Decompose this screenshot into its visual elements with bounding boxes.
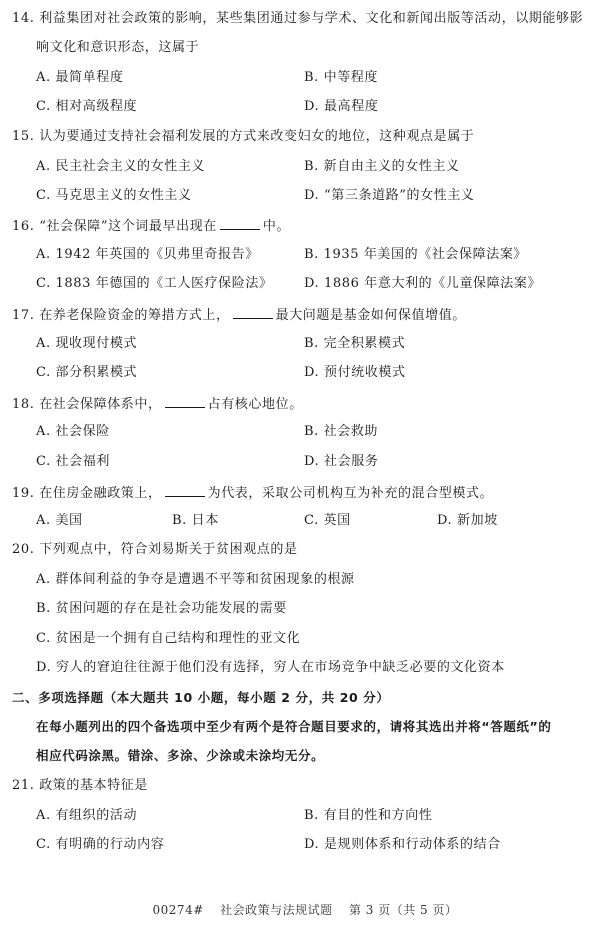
q20-option-b: B. 贫困问题的存在是社会功能发展的需要	[36, 601, 287, 617]
q19-option-b: B. 日本	[172, 513, 219, 529]
q16-stem: 16. “社会保障”这个词最早出现在中。	[12, 217, 290, 235]
q14-option-b: B. 中等程度	[304, 70, 378, 86]
section-instruction: 在每小题列出的四个备选项中至少有两个是符合题目要求的，请将其选出并将“答题纸”的	[36, 719, 551, 735]
page-number: 第 3 页（共 5 页）	[349, 903, 458, 917]
exam-code: 00274#	[153, 903, 204, 917]
q17-stem-after: 最大问题是基金如何保值增值。	[276, 308, 466, 323]
q19-stem: 19. 在住房金融政策上，为代表，采取公司机构互为补充的混合型模式。	[12, 484, 493, 502]
section-instruction-cont: 相应代码涂黑。错涂、多涂、少涂或未涂均无分。	[36, 748, 324, 764]
q17-stem-before: 17. 在养老保险资金的筹措方式上，	[12, 308, 230, 323]
q15-option-b: B. 新自由主义的女性主义	[304, 159, 460, 175]
q15-stem: 15. 认为要通过支持社会福利发展的方式来改变妇女的地位，这种观点是属于	[12, 129, 474, 145]
q21-option-d: D. 是规则体系和行动体系的结合	[304, 837, 501, 853]
section-heading: 二、多项选择题（本大题共 10 小题，每小题 2 分，共 20 分）	[12, 690, 390, 706]
q15-option-c: C. 马克思主义的女性主义	[36, 188, 192, 204]
fill-blank	[165, 484, 205, 497]
q18-stem-after: 占有核心地位。	[208, 397, 303, 412]
q19-option-d: D. 新加坡	[437, 513, 498, 529]
q18-stem: 18. 在社会保障体系中，占有核心地位。	[12, 395, 303, 413]
fill-blank	[233, 306, 273, 319]
q17-option-b: B. 完全积累模式	[304, 336, 405, 352]
q16-option-d: D. 1886 年意大利的《儿童保障法案》	[304, 276, 541, 292]
exam-title: 社会政策与法规试题	[220, 903, 333, 917]
q16-stem-after: 中。	[263, 219, 290, 234]
page-footer: 00274# 社会政策与法规试题 第 3 页（共 5 页）	[0, 901, 610, 918]
q20-option-a: A. 群体间利益的争夺是遭遇不平等和贫困现象的根源	[36, 572, 355, 588]
q17-option-c: C. 部分积累模式	[36, 365, 137, 381]
q20-stem: 20. 下列观点中，符合刘易斯关于贫困观点的是	[12, 542, 298, 558]
q21-option-c: C. 有明确的行动内容	[36, 837, 164, 853]
q14-stem: 14. 利益集团对社会政策的影响，某些集团通过参与学术、文化和新闻出版等活动，以…	[12, 11, 583, 27]
q21-option-b: B. 有目的性和方向性	[304, 808, 432, 824]
q15-option-d: D. “第三条道路”的女性主义	[304, 188, 475, 204]
fill-blank	[220, 217, 260, 230]
q18-stem-before: 18. 在社会保障体系中，	[12, 397, 162, 412]
q16-option-a: A. 1942 年英国的《贝弗里奇报告》	[36, 247, 259, 263]
q20-option-c: C. 贫困是一个拥有自己结构和理性的亚文化	[36, 631, 300, 647]
q15-option-a: A. 民主社会主义的女性主义	[36, 159, 205, 175]
q19-option-c: C. 英国	[304, 513, 351, 529]
q16-option-c: C. 1883 年德国的《工人医疗保险法》	[36, 276, 273, 292]
q14-option-a: A. 最简单程度	[36, 70, 123, 86]
q21-option-a: A. 有组织的活动	[36, 808, 137, 824]
q19-option-a: A. 美国	[36, 513, 83, 529]
q17-option-a: A. 现收现付模式	[36, 336, 137, 352]
q18-option-c: C. 社会福利	[36, 454, 110, 470]
q14-option-d: D. 最高程度	[304, 99, 378, 115]
q18-option-d: D. 社会服务	[304, 454, 378, 470]
fill-blank	[165, 395, 205, 408]
q18-option-b: B. 社会救助	[304, 424, 378, 440]
q14-option-c: C. 相对高级程度	[36, 99, 137, 115]
q18-option-a: A. 社会保险	[36, 424, 110, 440]
q16-stem-before: 16. “社会保障”这个词最早出现在	[12, 219, 217, 234]
q19-stem-after: 为代表，采取公司机构互为补充的混合型模式。	[208, 486, 494, 501]
q14-stem-cont: 响文化和意识形态，这属于	[36, 40, 199, 56]
q17-option-d: D. 预付统收模式	[304, 365, 406, 381]
q20-option-d: D. 穷人的窘迫往往源于他们没有选择，穷人在市场竞争中缺乏必要的文化资本	[36, 660, 505, 676]
q21-stem: 21. 政策的基本特征是	[12, 778, 148, 794]
q19-stem-before: 19. 在住房金融政策上，	[12, 486, 162, 501]
q16-option-b: B. 1935 年美国的《社会保障法案》	[304, 247, 527, 263]
q17-stem: 17. 在养老保险资金的筹措方式上，最大问题是基金如何保值增值。	[12, 306, 466, 324]
